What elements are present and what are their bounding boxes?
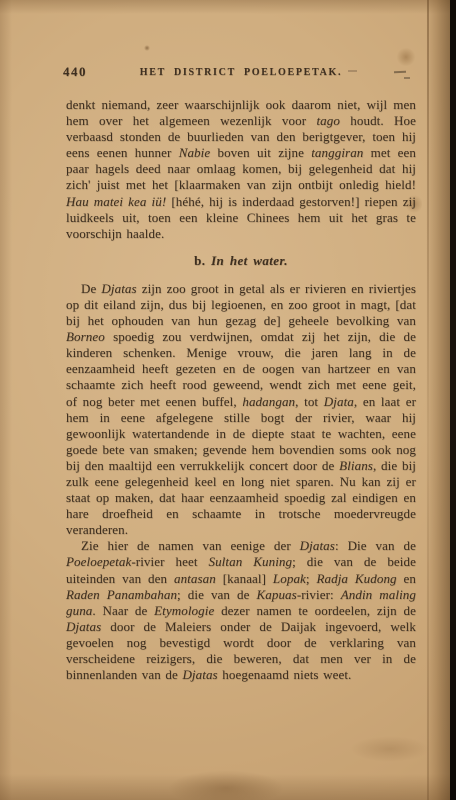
paragraph-3: Zie hier de namen van eenige der Djatas:…: [66, 538, 416, 683]
paper-stain: [168, 770, 284, 800]
paragraph-1: denkt niemand, zeer waarschijnlijk ook d…: [66, 97, 416, 242]
page-number: 440: [63, 64, 87, 80]
page-crease-line: [427, 0, 429, 800]
page-header: 440 HET DISTRICT POELOEPETAK.: [66, 64, 416, 81]
paper-stain: [350, 736, 430, 762]
paper-stain: [144, 45, 150, 51]
page-top-shadow: [0, 0, 456, 14]
page-edge-shading: [426, 0, 450, 800]
section-heading: b. In het water.: [66, 253, 416, 269]
book-page-scan: 440 HET DISTRICT POELOEPETAK. denkt niem…: [0, 0, 456, 800]
text-block: 440 HET DISTRICT POELOEPETAK. denkt niem…: [66, 64, 416, 683]
page-left-shadow: [0, 0, 12, 800]
running-header: HET DISTRICT POELOEPETAK.: [66, 64, 416, 78]
page-bottom-shadow: [0, 774, 456, 800]
book-edge-strip: [450, 0, 456, 800]
paragraph-2: De Djatas zijn zoo groot in getal als er…: [66, 281, 416, 539]
